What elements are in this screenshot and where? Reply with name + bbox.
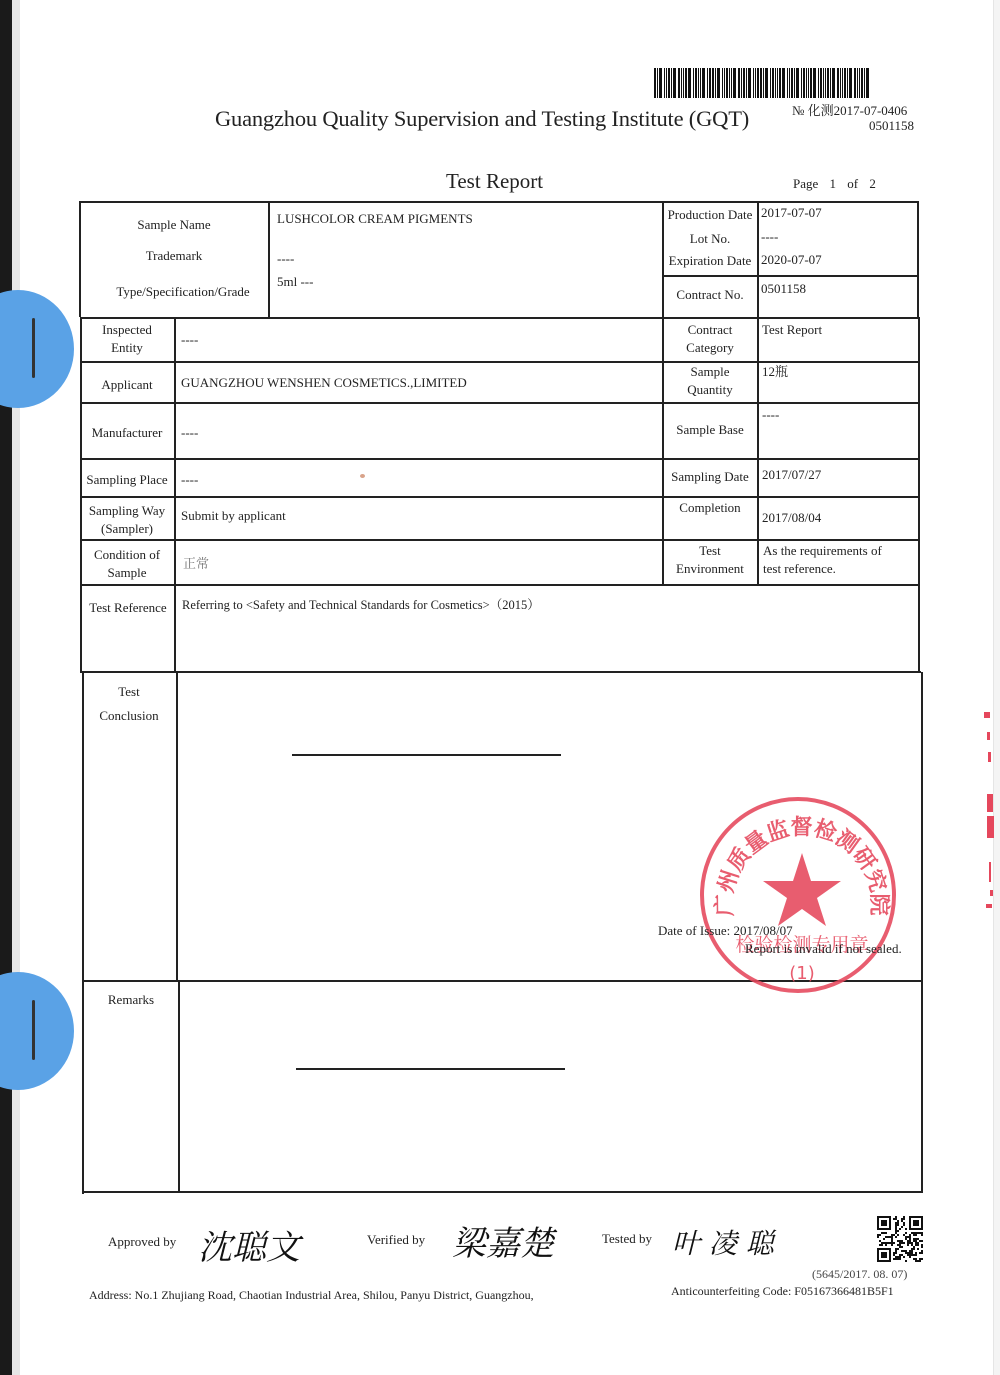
blank-line — [292, 754, 561, 756]
table-divider — [80, 584, 919, 586]
approved-by-label: Approved by — [108, 1234, 176, 1250]
test-environment-label: Test Environment — [662, 542, 758, 578]
ink-speck — [360, 474, 365, 478]
label-line: Condition of — [80, 546, 174, 564]
page-indicator: Page 1 of 2 — [793, 176, 876, 192]
sample-quantity-value: 12瓶 — [762, 363, 788, 381]
sampling-place-label: Sampling Place — [80, 471, 174, 489]
qr-code-icon — [877, 1216, 923, 1262]
contract-category-label: Contract Category — [662, 321, 758, 357]
verified-by-label: Verified by — [367, 1232, 425, 1248]
expiration-date-label: Expiration Date — [662, 252, 758, 270]
tested-by-signature: 叶 凌 聪 — [672, 1222, 774, 1262]
scan-edge-right — [993, 0, 1000, 1375]
anticounterfeiting-code: Anticounterfeiting Code: F05167366481B5F… — [671, 1284, 894, 1299]
scan-edge-shadow — [12, 0, 20, 1375]
binder-tab-bottom — [0, 972, 74, 1090]
institute-title: Guangzhou Quality Supervision and Testin… — [215, 106, 749, 132]
tested-by-label: Tested by — [602, 1231, 652, 1247]
manufacturer-value: ---- — [181, 424, 198, 442]
table-divider — [80, 402, 919, 404]
table-divider — [268, 201, 270, 317]
document-code: 0501158 — [869, 118, 914, 134]
sampling-date-label: Sampling Date — [662, 468, 758, 486]
blank-line — [296, 1068, 565, 1070]
table-border — [79, 201, 81, 317]
completion-value: 2017/08/04 — [762, 509, 821, 527]
condition-value: 正常 — [183, 555, 209, 573]
table-border — [921, 672, 923, 1192]
label-line: Conclusion — [82, 704, 176, 728]
type-spec-grade-value: 5ml --- — [277, 273, 313, 291]
label-line: Contract — [662, 321, 758, 339]
seal-edge-marks — [982, 712, 996, 912]
expiration-date-value: 2020-07-07 — [761, 251, 822, 269]
completion-label: Completion — [662, 499, 758, 517]
table-divider — [80, 317, 919, 319]
table-divider — [178, 980, 180, 1192]
inspected-entity-label: Inspected Entity — [80, 321, 174, 357]
lot-no-value: ---- — [761, 228, 778, 246]
trademark-label: Trademark — [82, 247, 266, 265]
table-border — [918, 317, 920, 673]
label-line: Test — [662, 542, 758, 560]
sample-name-label: Sample Name — [82, 216, 266, 234]
official-seal: 广州质量监督检测研究院 检验检测专用章 (1) — [700, 797, 896, 993]
table-divider — [80, 458, 919, 460]
test-conclusion-label: Test Conclusion — [82, 680, 176, 728]
label-line: (Sampler) — [80, 520, 174, 538]
scan-edge-left — [0, 0, 12, 1375]
table-border — [917, 201, 919, 319]
applicant-value: GUANGZHOU WENSHEN COSMETICS.,LIMITED — [181, 374, 467, 392]
remarks-label: Remarks — [84, 991, 178, 1009]
sampling-date-value: 2017/07/27 — [762, 466, 821, 484]
table-divider — [662, 275, 918, 277]
table-divider — [80, 539, 919, 541]
seal-star-icon: 广州质量监督检测研究院 检验检测专用章 (1) — [704, 801, 900, 997]
production-date-label: Production Date — [662, 206, 758, 224]
label-line: Category — [662, 339, 758, 357]
table-border — [82, 1191, 923, 1193]
label-line: Quantity — [662, 381, 758, 399]
approved-by-signature: 沈聪文 — [198, 1220, 300, 1269]
sampling-place-value: ---- — [181, 471, 198, 489]
seal-notice: Report is invalid if not sealed. — [745, 940, 902, 958]
sample-quantity-label: Sample Quantity — [662, 363, 758, 399]
label-line: Test — [82, 680, 176, 704]
test-environment-value: As the requirements of test reference. — [763, 542, 882, 578]
inspected-entity-value: ---- — [181, 331, 198, 349]
staple-icon — [32, 318, 35, 378]
verified-by-signature: 梁嘉楚 — [452, 1216, 554, 1265]
table-divider — [174, 317, 176, 672]
sample-base-label: Sample Base — [662, 421, 758, 439]
qr-reference: (5645/2017. 08. 07) — [812, 1267, 907, 1282]
contract-category-value: Test Report — [762, 321, 822, 339]
table-divider — [80, 361, 919, 363]
report-title: Test Report — [446, 169, 543, 194]
table-border — [79, 201, 919, 203]
test-reference-value: Referring to <Safety and Technical Stand… — [182, 596, 540, 614]
sampling-way-value: Submit by applicant — [181, 507, 286, 525]
label-line: Inspected — [80, 321, 174, 339]
lot-no-label: Lot No. — [662, 230, 758, 248]
trademark-value: ---- — [277, 250, 294, 268]
sample-base-value: ---- — [762, 406, 779, 424]
condition-label: Condition of Sample — [80, 546, 174, 582]
table-border — [82, 672, 84, 1194]
test-reference-label: Test Reference — [80, 599, 176, 617]
contract-no-label: Contract No. — [662, 286, 758, 304]
type-spec-grade-label: Type/Specification/Grade — [100, 283, 266, 301]
value-line: test reference. — [763, 560, 882, 578]
binder-tab-top — [0, 290, 74, 408]
sampling-way-label: Sampling Way (Sampler) — [80, 502, 174, 538]
manufacturer-label: Manufacturer — [80, 424, 174, 442]
address: Address: No.1 Zhujiang Road, Chaotian In… — [89, 1288, 534, 1303]
applicant-label: Applicant — [80, 376, 174, 394]
contract-no-value: 0501158 — [761, 280, 806, 298]
barcode-icon — [654, 68, 930, 98]
sample-name-value: LUSHCOLOR CREAM PIGMENTS — [277, 210, 473, 228]
table-divider — [80, 496, 919, 498]
value-line: As the requirements of — [763, 542, 882, 560]
label-line: Sampling Way — [80, 502, 174, 520]
table-border — [80, 317, 82, 673]
production-date-value: 2017-07-07 — [761, 204, 822, 222]
table-divider — [82, 671, 921, 673]
date-of-issue: Date of Issue: 2017/08/07 — [658, 922, 793, 940]
document-number: № 化测2017-07-0406 — [792, 100, 907, 119]
svg-text:(1): (1) — [789, 963, 815, 984]
staple-icon — [32, 1000, 35, 1060]
label-line: Environment — [662, 560, 758, 578]
label-line: Sample — [80, 564, 174, 582]
label-line: Sample — [662, 363, 758, 381]
table-divider — [176, 671, 178, 981]
label-line: Entity — [80, 339, 174, 357]
